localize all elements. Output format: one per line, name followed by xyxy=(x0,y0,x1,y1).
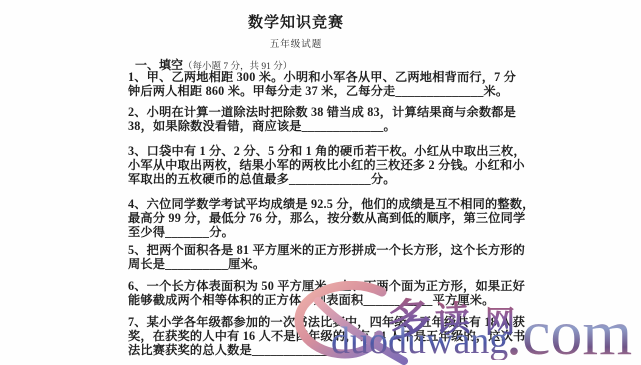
question-line: 军取出的五枚硬币的总值最多_____________分。 xyxy=(128,172,530,186)
question-line: 6、一个长方体表面积为 50 平方厘米，上、下两个面为正方形，如果正好 xyxy=(128,279,530,293)
question-5: 5、把两个面积各是 81 平方厘米的正方形拼成一个长方形，这个长方形的 周长是_… xyxy=(128,243,530,271)
question-line: 38，如果除数没看错，商应该是_____________。 xyxy=(128,119,530,133)
question-line: 1、甲、乙两地相距 300 米。小明和小军各从甲、乙两地相背而行，7 分 xyxy=(128,70,530,84)
question-line: 小军从中取出两枚，结果小军的两枚比小红的三枚还多 2 分钱。小红和小 xyxy=(128,158,530,172)
question-6: 6、一个长方体表面积为 50 平方厘米，上、下两个面为正方形，如果正好 能够截成… xyxy=(128,279,530,307)
question-line: 2、小明在计算一道除法时把除数 38 错当成 83，计算结果商与余数都是 xyxy=(128,105,530,119)
question-line: 4、六位同学数学考试平均成绩是 92.5 分，他们的成绩是互不相同的整数， xyxy=(128,197,530,211)
question-line: 奖，在获奖的人中有 16 人不是四年级的，有 14 人不是五年级的，这次书 xyxy=(128,329,530,343)
question-line: 5、把两个面积各是 81 平方厘米的正方形拼成一个长方形，这个长方形的 xyxy=(128,243,530,257)
question-line: 3、口袋中有 1 分、2 分、5 分和 1 角的硬币若干枚。小红从中取出三枚， xyxy=(128,144,530,158)
question-line: 钟后两人相距 860 米。甲每分走 37 米，乙每分走_____________… xyxy=(128,84,530,98)
page-title: 数学知识竞赛 xyxy=(0,11,592,32)
question-7: 7、某小学各年级都参加的一次书法比赛中，四年级、五年级共有 18 人获 奖，在获… xyxy=(128,315,530,357)
question-line: 至少得_______分。 xyxy=(128,225,530,239)
page-subtitle: 五年级试题 xyxy=(0,36,592,50)
question-1: 1、甲、乙两地相距 300 米。小明和小军各从甲、乙两地相背而行，7 分 钟后两… xyxy=(128,70,530,98)
question-4: 4、六位同学数学考试平均成绩是 92.5 分，他们的成绩是互不相同的整数， 最高… xyxy=(128,197,530,239)
question-line: 法比赛获奖的总人数是______________。 xyxy=(128,343,530,357)
question-line: 能够截成两个相等体积的正方体，则表面积___________平方厘米。 xyxy=(128,293,530,307)
question-line: 最高分 99 分，最低分 76 分，那么，按分数从高到低的顺序，第三位同学 xyxy=(128,211,530,225)
document-page: 数学知识竞赛 五年级试题 一、填空（每小题 7 分，共 91 分） 1、甲、乙两… xyxy=(0,0,641,365)
question-line: 周长是__________厘米。 xyxy=(128,257,530,271)
question-line: 7、某小学各年级都参加的一次书法比赛中，四年级、五年级共有 18 人获 xyxy=(128,315,530,329)
question-2: 2、小明在计算一道除法时把除数 38 错当成 83，计算结果商与余数都是 38，… xyxy=(128,105,530,133)
question-3: 3、口袋中有 1 分、2 分、5 分和 1 角的硬币若干枚。小红从中取出三枚， … xyxy=(128,144,530,186)
